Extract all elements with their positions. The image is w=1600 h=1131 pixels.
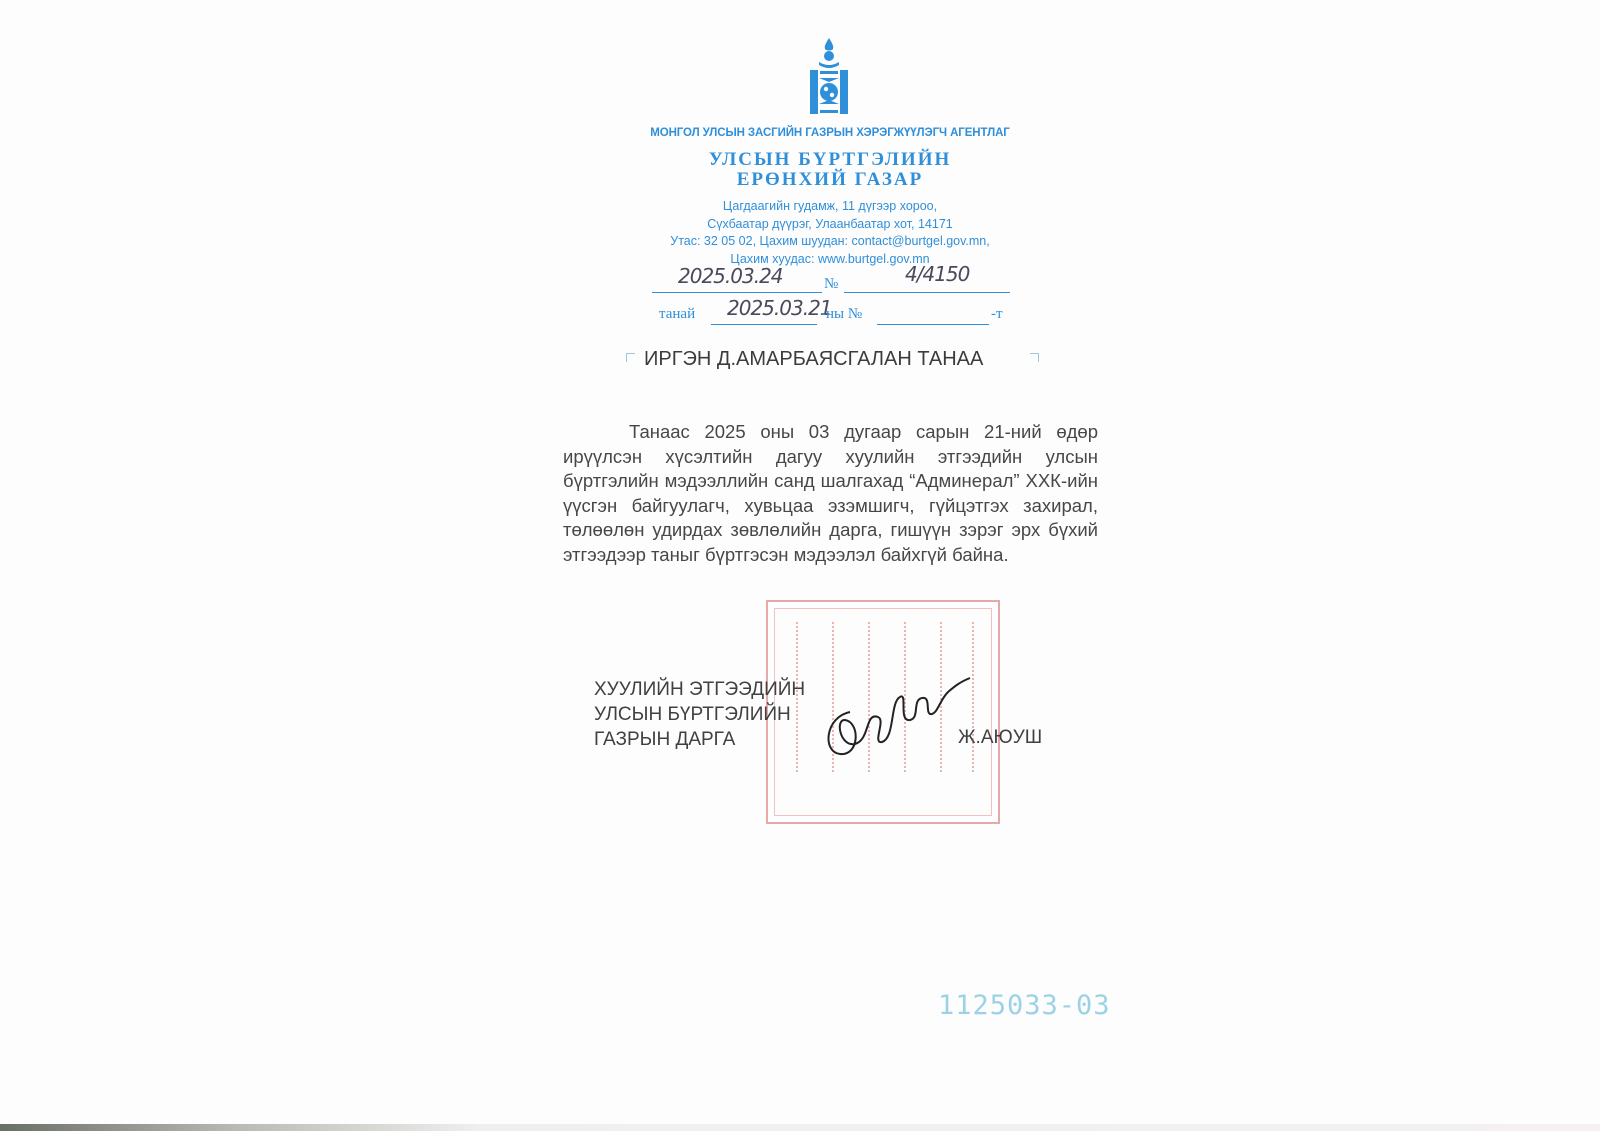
agency-name: МОНГОЛ УЛСЫН ЗАСГИЙН ГАЗРЫН ХЭРЭГЖҮҮЛЭГЧ… <box>560 127 1100 139</box>
letter-body: Танаас 2025 оны 03 дугаар сарын 21-ний ө… <box>563 420 1098 568</box>
outgoing-number: 4/4150 <box>905 262 969 286</box>
incoming-reference: танай 2025.03.21 -ны № -т <box>655 298 1015 328</box>
organization-name-line2: ЕРӨНХИЙ ГАЗАР <box>560 170 1100 190</box>
organization-name: УЛСЫН БҮРТГЭЛИЙН ЕРӨНХИЙ ГАЗАР <box>560 150 1100 190</box>
recipient: ИРГЭН Д.АМАРБАЯСГАЛАН ТАНАА <box>644 348 1064 371</box>
address-line: Цагдаагийн гудамж, 11 дүгээр хороо, <box>560 198 1100 216</box>
contact-address: Цагдаагийн гудамж, 11 дүгээр хороо, Сүхб… <box>560 198 1100 268</box>
registration-number-stamp: 1125033-03 <box>938 990 1111 1021</box>
incoming-number-label: -ны № <box>821 306 862 323</box>
soyombo-emblem-icon <box>806 38 852 120</box>
address-line: Сүхбаатар дүүрэг, Улаанбаатар хот, 14171 <box>560 216 1100 234</box>
incoming-date: 2025.03.21 <box>727 296 832 320</box>
address-corner-mark <box>626 353 635 362</box>
signer-name: Ж.АЮУШ <box>958 727 1042 749</box>
handwritten-signature <box>820 672 980 767</box>
outgoing-date: 2025.03.24 <box>678 264 783 288</box>
your-label: танай <box>659 306 695 323</box>
scan-edge <box>0 1124 1600 1131</box>
contact-line: Утас: 32 05 02, Цахим шуудан: contact@bu… <box>560 233 1100 251</box>
organization-name-line1: УЛСЫН БҮРТГЭЛИЙН <box>560 150 1100 170</box>
number-label: № <box>824 276 838 293</box>
signer-title: ХУУЛИЙН ЭТГЭЭДИЙН УЛСЫН БҮРТГЭЛИЙН ГАЗРЫ… <box>594 677 805 752</box>
outgoing-reference: 2025.03.24 № 4/4150 <box>650 266 1010 296</box>
incoming-number-suffix: -т <box>991 306 1003 323</box>
